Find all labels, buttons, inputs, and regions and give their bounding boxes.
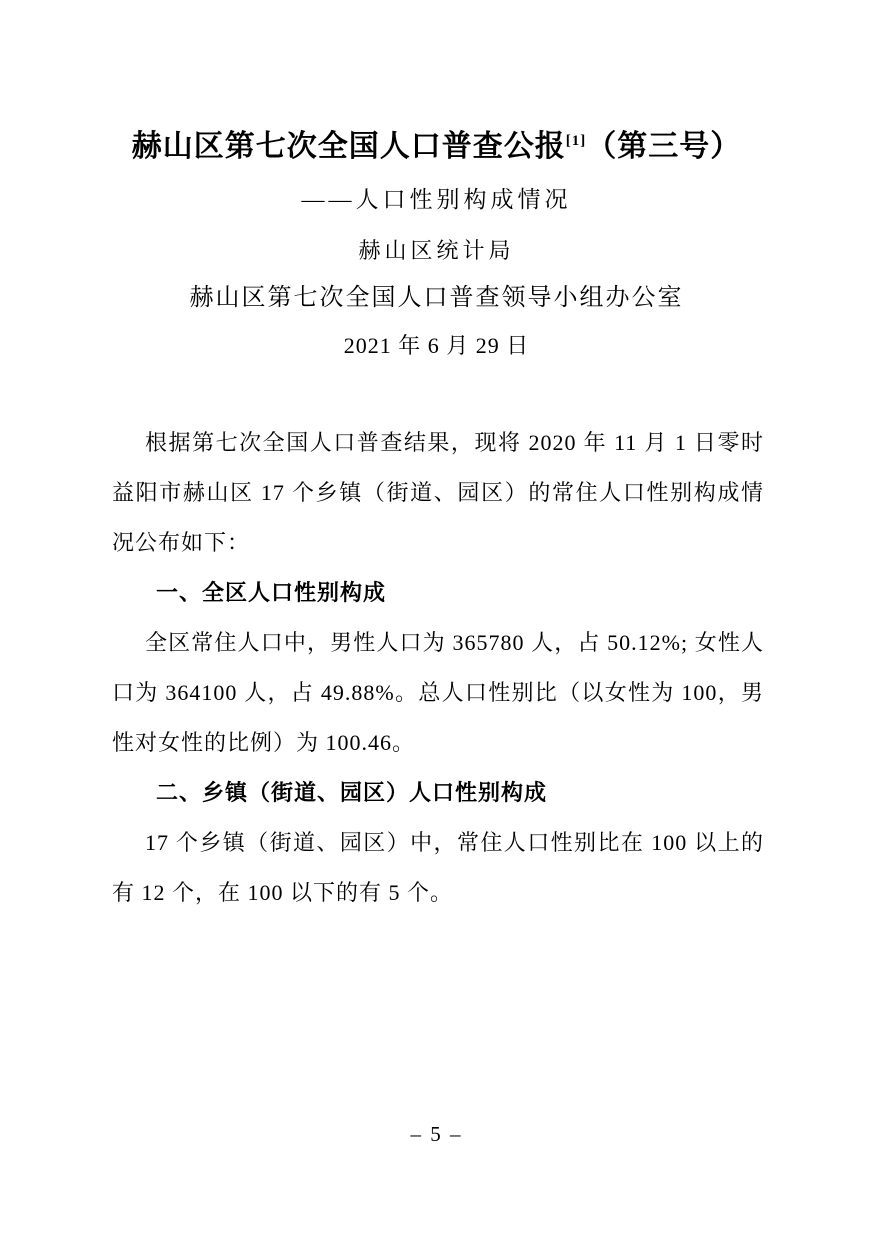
- publish-date: 2021 年 6 月 29 日: [0, 329, 873, 360]
- document-title-number: （第三号）: [586, 130, 741, 163]
- document-title-main: 赫山区第七次全国人口普查公报: [132, 130, 566, 163]
- section-1-heading: 一、全区人口性别构成: [112, 568, 764, 618]
- document-body: 根据第七次全国人口普查结果，现将 2020 年 11 月 1 日零时益阳市赫山区…: [112, 418, 764, 918]
- intro-paragraph: 根据第七次全国人口普查结果，现将 2020 年 11 月 1 日零时益阳市赫山区…: [112, 418, 764, 568]
- footnote-reference: [1]: [566, 133, 587, 149]
- section-2-heading: 二、乡镇（街道、园区）人口性别构成: [112, 768, 764, 818]
- page-number: – 5 –: [0, 1122, 873, 1147]
- document-title: 赫山区第七次全国人口普查公报[1]（第三号）: [0, 121, 873, 165]
- issuer-census-leading-group-office: 赫山区第七次全国人口普查领导小组办公室: [0, 277, 873, 312]
- document-subtitle: ——人口性别构成情况: [0, 181, 873, 214]
- section-1-paragraph: 全区常住人口中，男性人口为 365780 人，占 50.12%; 女性人口为 3…: [112, 618, 764, 768]
- document-page: 赫山区第七次全国人口普查公报[1]（第三号） ——人口性别构成情况 赫山区统计局…: [0, 0, 873, 1234]
- section-2-paragraph: 17 个乡镇（街道、园区）中，常住人口性别比在 100 以上的有 12 个，在 …: [112, 818, 764, 918]
- issuer-statistics-bureau: 赫山区统计局: [0, 234, 873, 265]
